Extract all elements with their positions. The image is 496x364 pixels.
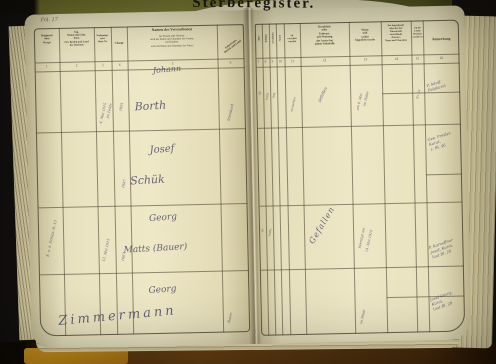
column-number: 12	[319, 58, 329, 62]
column-header-krankheit: Krankheit oder Todesart, mit Nennung des…	[301, 25, 348, 47]
handwritten-note: 41	[261, 228, 266, 233]
column-number: 3	[98, 63, 108, 67]
column-number: 16	[436, 56, 446, 60]
column-header-begraben: Wann und wohin begraben wurde	[350, 28, 380, 43]
handwritten-note: 24	[258, 91, 263, 96]
column-header-religion: Religion	[264, 26, 268, 50]
folio-number: Fol. 17	[41, 17, 58, 24]
column-number: 13	[360, 57, 370, 61]
column-header-namen-sub: bei Frauen oder Witwen: auch der Name un…	[128, 34, 216, 49]
column-header-hausnummer: Wohnungs- oder Haus-Nr.	[94, 34, 111, 44]
entry-surname: Schük	[130, 173, 165, 189]
photo-of-open-register-book: Sterberegister. Fol. 17 Regim	[0, 0, 496, 364]
entry-given-name: Johann	[153, 64, 182, 76]
entry-given-name: Georg	[148, 284, 177, 298]
column-number: 15	[412, 56, 422, 60]
column-number: 4	[115, 63, 125, 67]
column-header-geschlecht: Geschlecht	[271, 26, 275, 50]
column-number: 11	[287, 59, 297, 63]
column-number: 1	[42, 64, 52, 68]
column-header-anmerkung: Anmerkung	[424, 37, 458, 42]
open-book: Sterberegister. Fol. 17 Regim	[0, 0, 496, 364]
column-header-versehen: ob versehen worden	[285, 34, 299, 44]
column-number: 2	[72, 64, 82, 68]
entry-given-name: Georg	[149, 212, 178, 226]
entry-given-name: Josef	[149, 142, 175, 157]
column-number: 10	[275, 59, 285, 63]
column-header-alter: Alter	[257, 26, 261, 50]
column-number: 6	[225, 60, 235, 64]
column-header-sterbedatum: Tag, Monat und Jahr, dann Ort, Bezirk un…	[60, 30, 93, 47]
column-header-leichenbeschau: Ob die Leiche beschaut worden ist	[412, 27, 423, 39]
column-header-stand: Stand	[278, 26, 282, 50]
column-number: 14	[391, 57, 401, 61]
column-header-priester: Der begrabende oder der den Totenschein …	[382, 24, 410, 43]
entry-surname: Borth	[134, 99, 166, 115]
column-header-regiment: Regiment oder Korps	[35, 34, 59, 45]
column-header-charge: Charge	[111, 42, 127, 46]
page-title: Sterberegister.	[192, 0, 432, 13]
